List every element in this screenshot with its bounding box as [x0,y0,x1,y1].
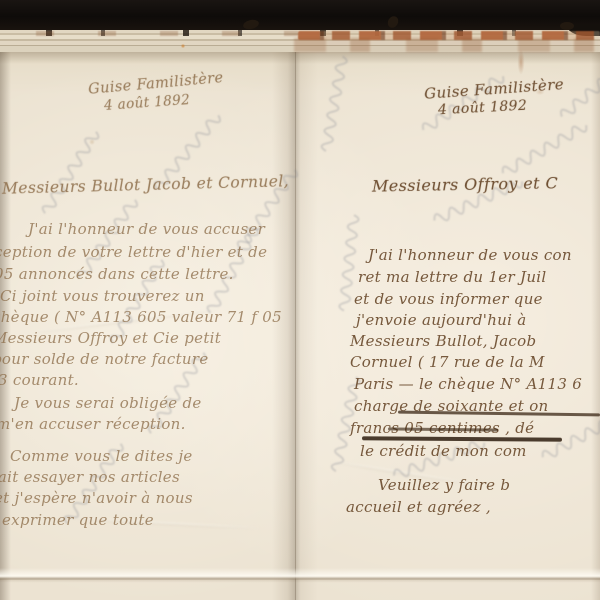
handwriting-line: chèque ( N° A113 605 valeur 71 f 05 [0,308,282,326]
handwriting-line: 05 annoncés dans cette lettre. [0,265,234,283]
handwriting-line: pour solde de notre facture [0,350,209,368]
handwriting-line: Cornuel ( 17 rue de la M [350,353,545,371]
handwriting-line: j'envoie aujourd'hui à [356,311,527,329]
handwriting-line: Veuillez y faire b [378,476,510,494]
book-binding-top [0,0,600,30]
handwriting-line: m'en accuser réception. [0,415,186,433]
letterbook-scan: Guise Familistère 4 août 1892 Messieurs … [0,0,600,600]
handwriting-line: Messieurs Bullot, Jacob [350,332,536,350]
handwriting-line: J'ai l'honneur de vous accuser [28,220,265,238]
handwriting-line: exprimer que toute [2,511,154,529]
handwriting-line: Ci joint vous trouverez un [0,287,205,305]
binding-thread [560,22,574,30]
handwriting-line: Je vous serai obligée de [14,394,202,412]
rust-stained-edges-faint [36,31,298,36]
handwriting-line: J'ai l'honneur de vous con [368,246,572,264]
rust-stain-wash [294,38,600,52]
handwriting-line: le crédit de mon com [360,442,527,460]
handwriting-line: 3 courant. [0,371,79,389]
handwriting-line: et j'espère n'avoir à nous [0,489,193,507]
handwriting-line: accueil et agréez , [346,498,491,516]
handwriting-line: ception de votre lettre d'hier et de [0,243,267,261]
right-page-body: J'ai l'honneur de vous conret ma lettre … [350,0,600,600]
handwriting-line: Messieurs Offroy et Cie petit [0,329,221,347]
left-page-body: J'ai l'honneur de vous accuserception de… [0,0,310,600]
handwriting-line: fait essayer nos articles [0,468,180,486]
handwriting-line: ret ma lettre du 1er Juil [358,268,546,286]
handwriting-line: Comme vous le dites je [10,447,193,465]
handwriting-line: et de vous informer que [354,290,543,308]
handwriting-line: Paris — le chèque N° A113 6 [354,375,582,393]
